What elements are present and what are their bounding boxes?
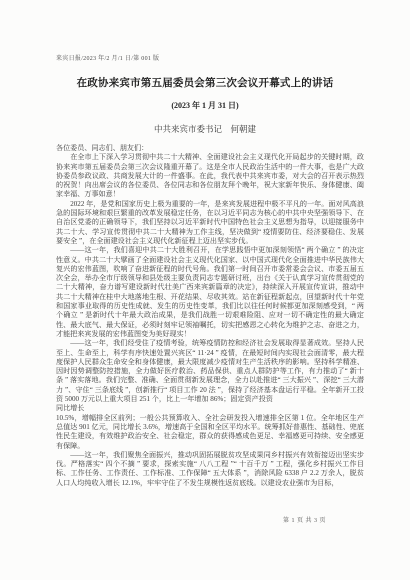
author-line: 中共来宾市委书记 何朝建 <box>0 123 410 135</box>
publication-meta: 来宾日报/2023 年/2 月/1 日/第 001 版 <box>56 53 159 62</box>
document-body: 各位委员、同志们、朋友们： 在全市上下深入学习贯彻中共二十大精神、全面建设社会主… <box>56 144 364 488</box>
paragraph-pandemic-economy: ——这一年，我们经受住了疫情考验，统筹疫情防控和经济社会发展取得显著成效。坚持人… <box>56 339 364 413</box>
salutation-line: 各位委员、同志们、朋友们： <box>56 144 364 153</box>
paragraph-economy-continued: 10.5%，增幅排全区前列；一般公共预算收入、全社会研发投入增速排全区第 1 位… <box>56 414 364 451</box>
paragraph-opening: 在全市上下深入学习贯彻中共二十大精神、全面建设社会主义现代化开局起步的关键时期，… <box>56 153 364 199</box>
page-number: 第 1 页 共 3 页 <box>283 515 326 524</box>
document-page: 来宾日报/2023 年/2 月/1 日/第 001 版 在政协来宾市第五届委员会… <box>0 0 410 580</box>
paragraph-rural-revitalization: ——这一年，我们聚焦全面振兴，推动巩固拓展脱贫攻坚成果同乡村振兴有效衔接迈出坚实… <box>56 451 364 488</box>
paragraph-party-congress: ——这一年，我们喜迎中共二十大胜利召开，在学思践悟中更加深刻领悟“ 两个确立 ”… <box>56 246 364 339</box>
paragraph-year-review: 2022 年，是党和国家历史上极为重要的一年，是来宾发展进程中极不平凡的一年。面… <box>56 200 364 246</box>
document-title: 在政协来宾市第五届委员会第三次会议开幕式上的讲话 <box>20 75 390 90</box>
document-date: (2023 年 1 月 31 日) <box>0 100 410 111</box>
